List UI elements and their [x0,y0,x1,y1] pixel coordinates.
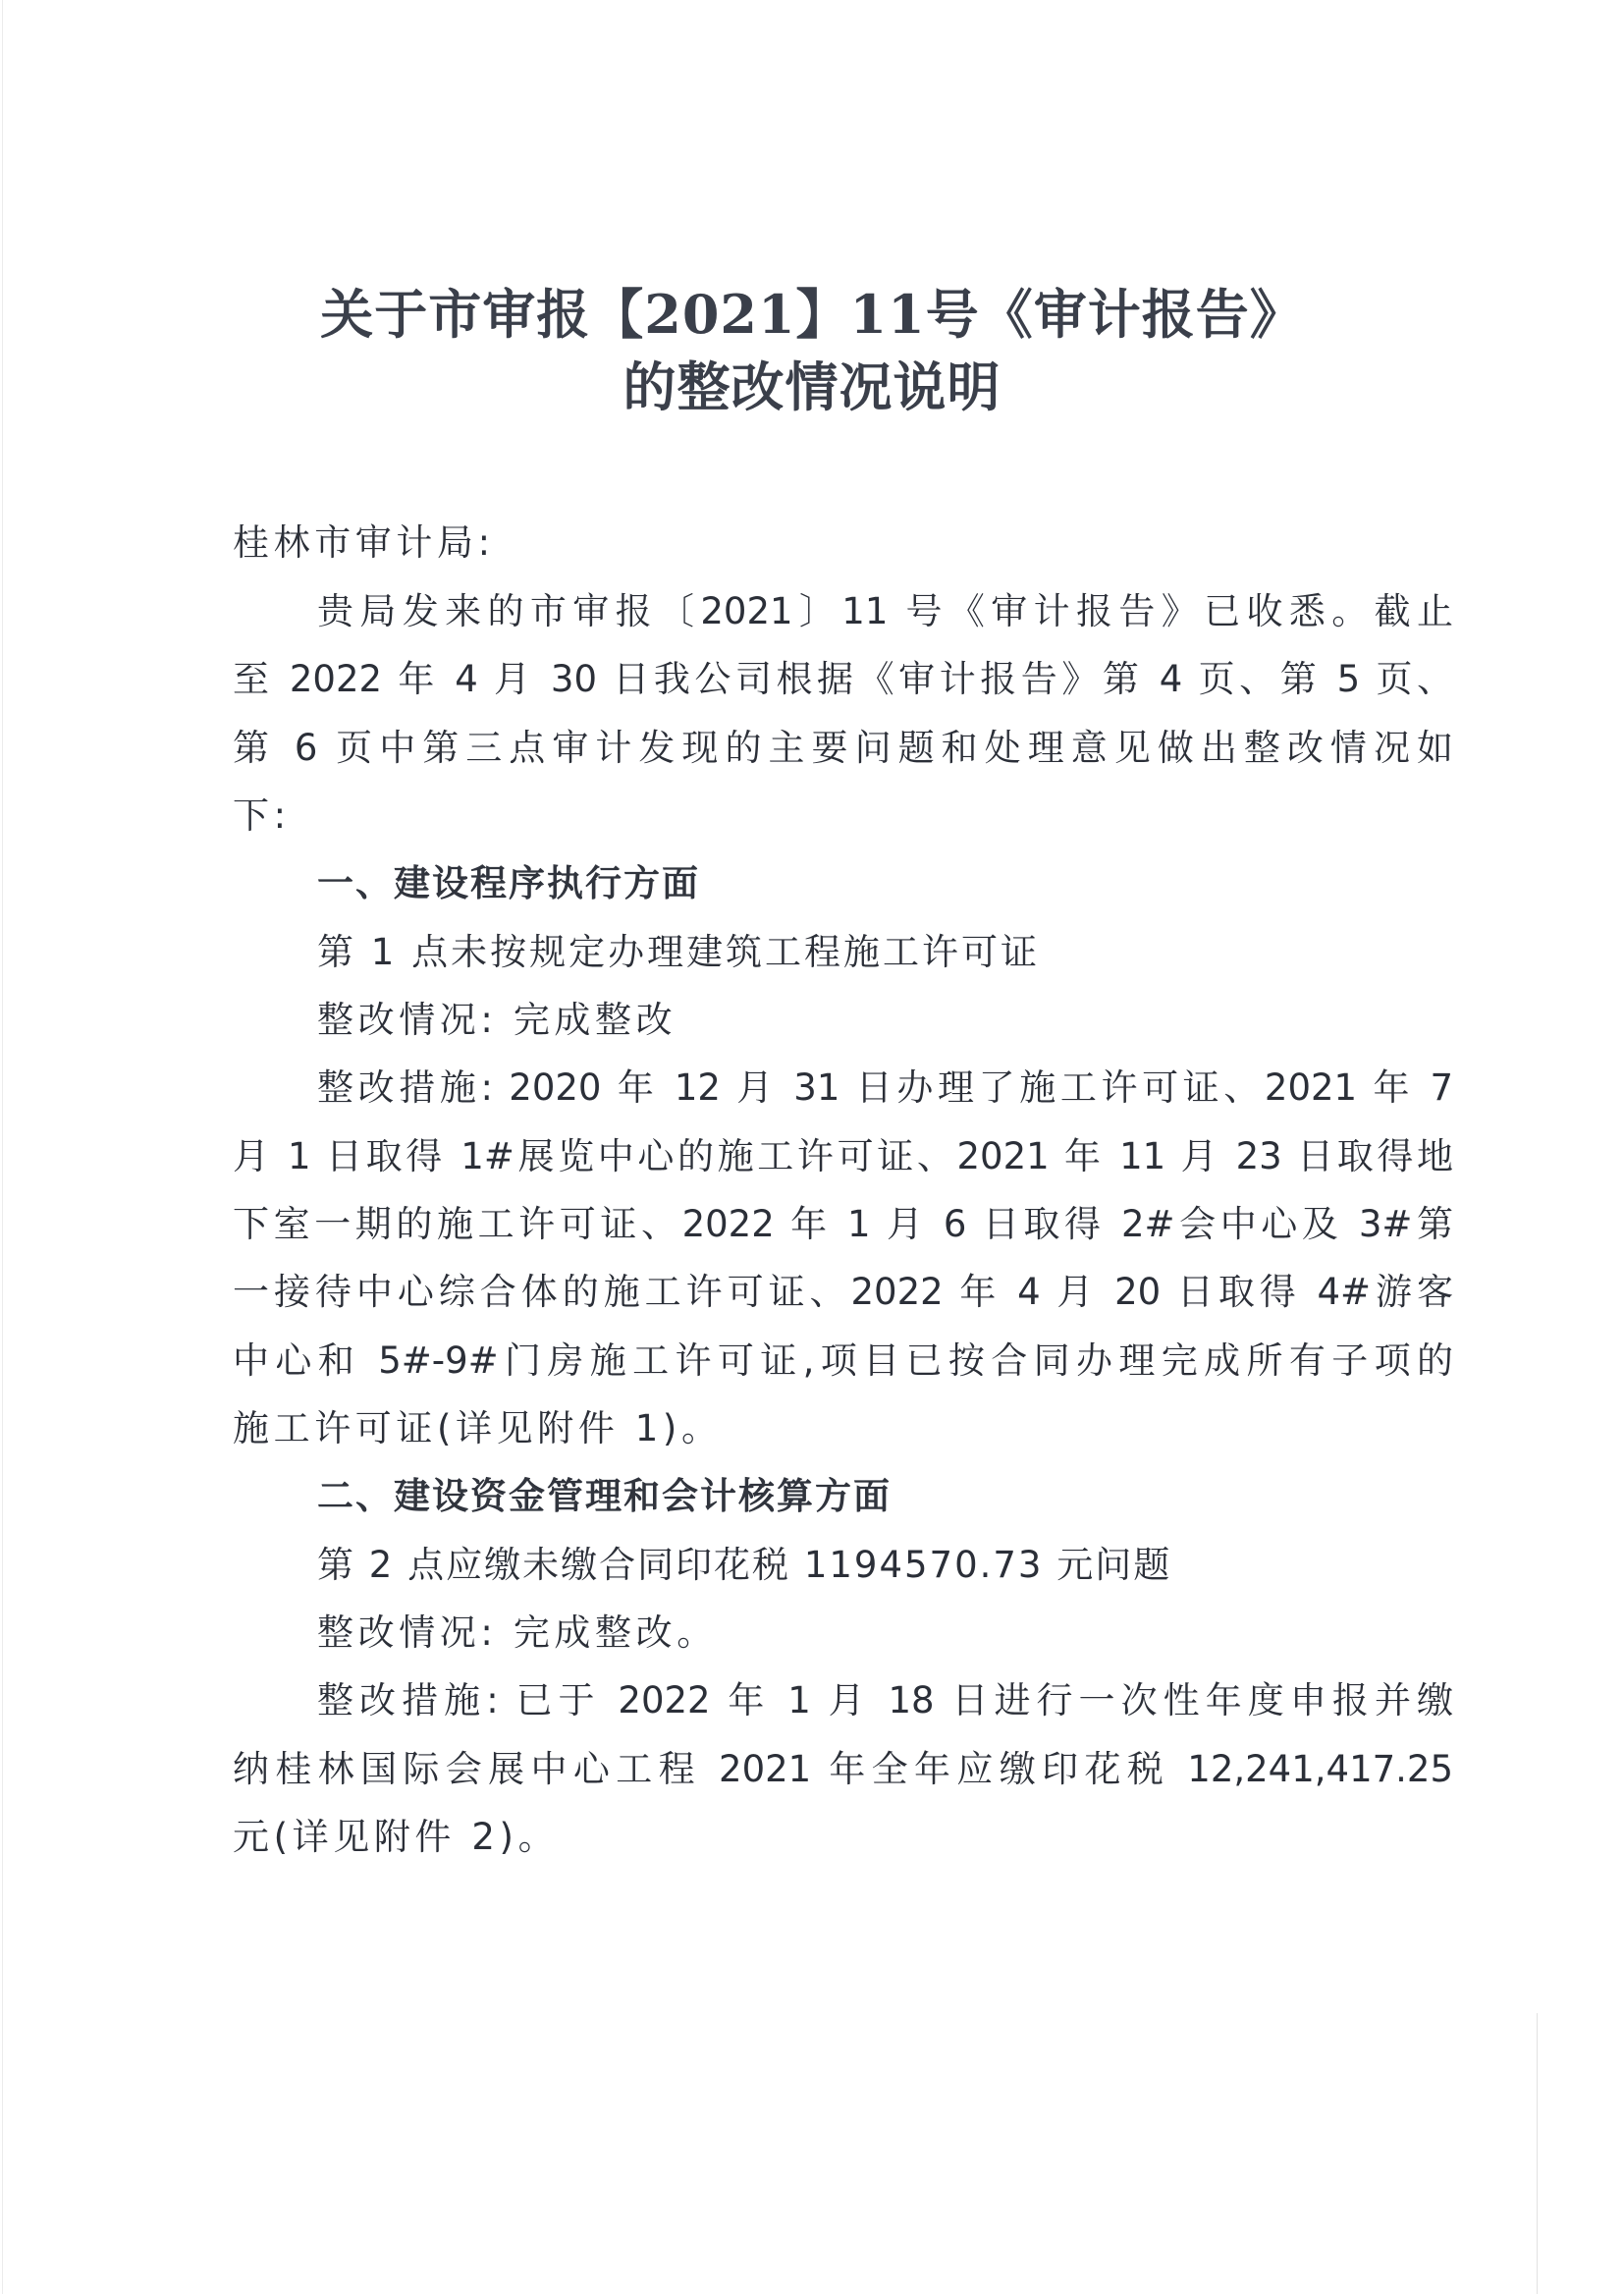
intro-paragraph-line: 第 6 页中第三点审计发现的主要问题和处理意见做出整改情况如 [233,726,1453,771]
rectification-measures-line: 中心和 5#-9#门房施工许可证,项目已按合同办理完成所有子项的 [233,1338,1453,1384]
rectification-measures-line: 整改措施: 已于 2022 年 1 月 18 日进行一次性年度申报并缴 [317,1678,1453,1723]
rectification-measures-line: 纳桂林国际会展中心工程 2021 年全年应缴印花税 12,241,417.25 [233,1747,1453,1792]
rectification-status: 整改情况: 完成整改。 [317,1611,1538,1656]
rectification-measures-line: 一接待中心综合体的施工许可证、2022 年 4 月 20 日取得 4#游客 [233,1270,1453,1315]
document-page: 关于市审报【2021】11号《审计报告》 的整改情况说明 桂林市审计局: 贵局发… [0,0,1624,2294]
intro-paragraph-line: 下: [233,793,1453,839]
rectification-measures-line: 下室一期的施工许可证、2022 年 1 月 6 日取得 2#会中心及 3#第 [233,1202,1453,1247]
section-heading-1: 一、建设程序执行方面 [317,861,1538,906]
salutation: 桂林市审计局: [233,520,1453,566]
scan-edge [1537,2013,1538,2294]
section-item-title: 第 2 点应缴未缴合同印花税 1194570.73 元问题 [317,1543,1538,1588]
intro-paragraph-line: 贵局发来的市审报〔2021〕11 号《审计报告》已收悉。截止 [317,589,1453,634]
rectification-measures-line: 元(详见附件 2)。 [233,1815,1453,1860]
document-title: 关于市审报【2021】11号《审计报告》 [0,283,1624,346]
section-heading-2: 二、建设资金管理和会计核算方面 [317,1474,1538,1519]
rectification-status: 整改情况: 完成整改 [317,998,1538,1043]
document-title-line2: 的整改情况说明 [0,355,1624,418]
intro-paragraph-line: 至 2022 年 4 月 30 日我公司根据《审计报告》第 4 页、第 5 页、 [233,657,1453,702]
rectification-measures-line: 月 1 日取得 1#展览中心的施工许可证、2021 年 11 月 23 日取得地 [233,1134,1453,1179]
section-item-title: 第 1 点未按规定办理建筑工程施工许可证 [317,930,1538,975]
rectification-measures-line: 施工许可证(详见附件 1)。 [233,1406,1453,1451]
rectification-measures-line: 整改措施: 2020 年 12 月 31 日办理了施工许可证、2021 年 7 [317,1065,1453,1111]
